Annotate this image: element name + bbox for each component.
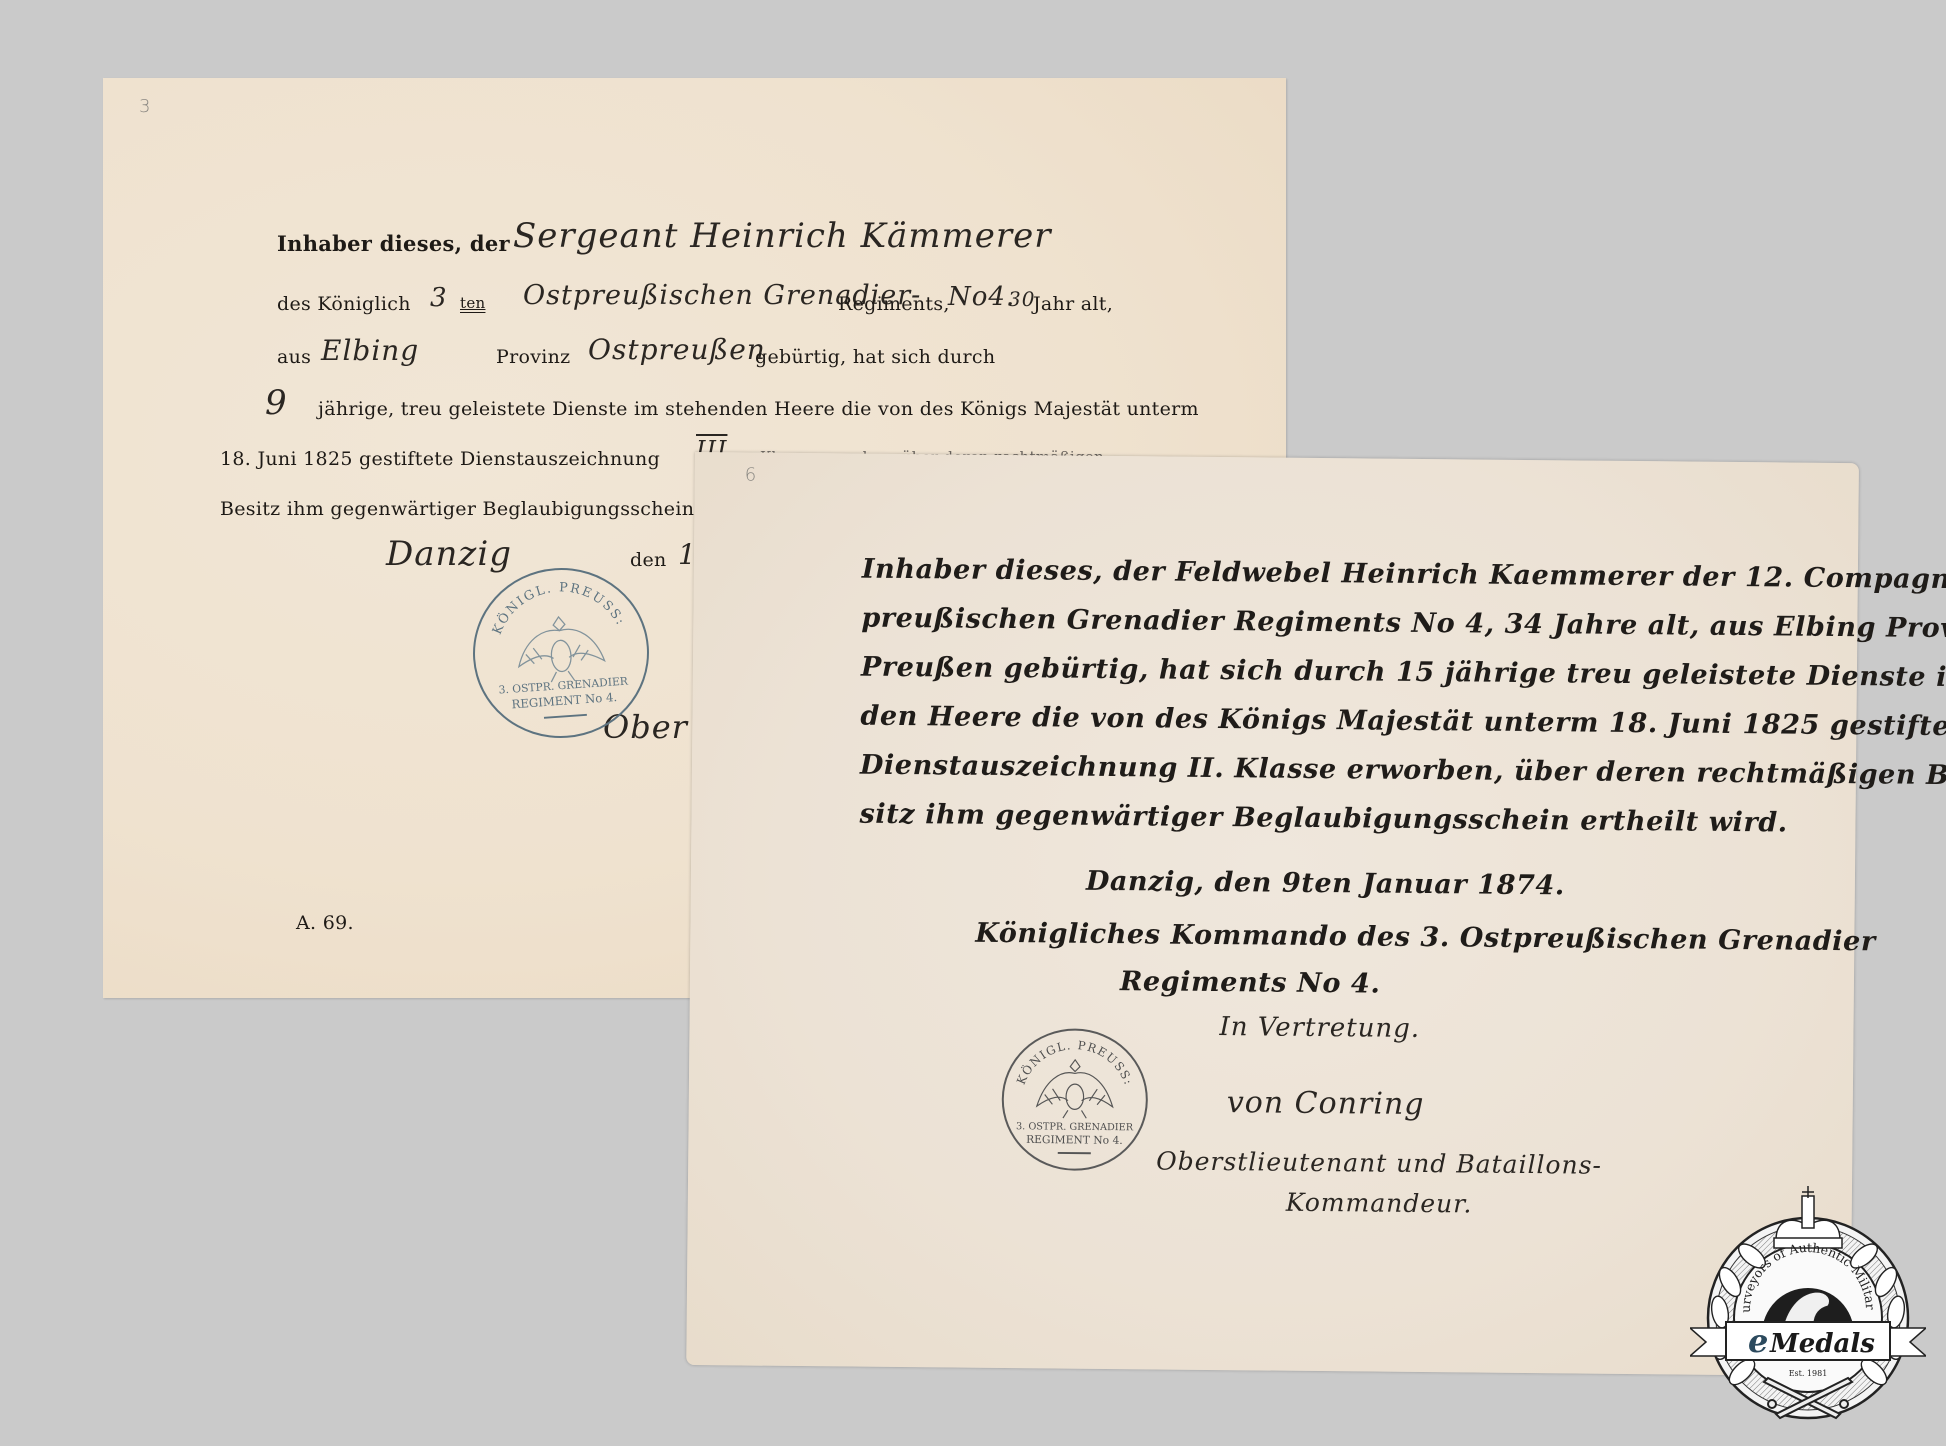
stamp-top-text: KÖNIGL. PREUSS: xyxy=(1014,1037,1137,1087)
handwritten-place: Danzig xyxy=(386,534,512,574)
printed-text-line2b: Regiments, xyxy=(838,293,950,315)
handwritten-name: Sergeant Heinrich Kämmerer xyxy=(513,216,1052,256)
handwritten-years: 9 xyxy=(265,383,288,423)
page-number: 3 xyxy=(139,96,150,117)
logo-brand-prefix: e xyxy=(1748,1322,1768,1360)
printed-text-line2a: des Königlich xyxy=(277,293,411,315)
handwritten-regiment-number: No4. xyxy=(948,282,1015,312)
printed-text-line6: Besitz ihm gegenwärtiger Beglaubigungssc… xyxy=(220,498,712,520)
printed-text-line5: 18. Juni 1825 gestiftete Dienstauszeichn… xyxy=(220,448,660,470)
body-line: sitz ihm gegenwärtiger Beglaubigungssche… xyxy=(859,799,1788,839)
body-line: Preußen gebürtig, hat sich durch 15 jähr… xyxy=(861,652,1946,695)
body-line: Dienstauszeichnung II. Klasse erworben, … xyxy=(860,750,1946,792)
printed-text-line4: jährige, treu geleistete Dienste im steh… xyxy=(318,398,1199,420)
crown-icon xyxy=(1774,1186,1842,1248)
page-number: 6 xyxy=(745,464,757,485)
handwritten-province: Ostpreußen xyxy=(588,333,766,366)
stamp-middle-text: 3. OSTPR. GRENADIER xyxy=(1016,1121,1134,1133)
printed-text-line1: Inhaber dieses, der xyxy=(277,231,510,256)
printed-text-line3b: Provinz xyxy=(496,346,570,368)
body-line: den Heere die von des Königs Majestät un… xyxy=(860,701,1946,743)
form-number: A. 69. xyxy=(296,912,354,934)
handwritten-number: 3 xyxy=(430,283,448,313)
ordinal-suffix: ten xyxy=(460,294,485,312)
stamp-bottom-text: REGIMENT No 4. xyxy=(1026,1133,1123,1147)
logo-established: Est. 1981 xyxy=(1789,1369,1828,1378)
handwritten-town: Elbing xyxy=(321,334,419,367)
emedals-logo: Purveyors of Authentic Militaria e Medal… xyxy=(1690,1182,1926,1420)
signature-name: von Conring xyxy=(1227,1085,1425,1122)
certificate-sheet-2: 6 Inhaber dieses, der Feldwebel Heinrich… xyxy=(686,452,1859,1376)
printed-text-line3c: gebürtig, hat sich durch xyxy=(755,346,995,368)
signature-rank: Oberstlieutenant und Bataillons- xyxy=(1156,1146,1602,1179)
body-line: Inhaber dieses, der Feldwebel Heinrich K… xyxy=(862,554,1946,597)
eagle-seal-icon: KÖNIGL. PREUSS: 3. OSTPR. GRENADIER REGI… xyxy=(469,564,652,742)
signature-title: Kommandeur. xyxy=(1286,1188,1473,1219)
handwritten-age: 30 xyxy=(1008,287,1035,311)
svg-text:KÖNIGL. PREUSS:: KÖNIGL. PREUSS: xyxy=(1014,1037,1137,1087)
printed-text-line3a: aus xyxy=(277,346,311,368)
logo-brand-name: Medals xyxy=(1769,1329,1875,1359)
date-line: Danzig, den 9ten Januar 1874. xyxy=(1086,866,1565,902)
body-line: preußischen Grenadier Regiments No 4, 34… xyxy=(861,603,1946,645)
regimental-stamp: KÖNIGL. PREUSS: 3. OSTPR. GRENADIER REGI… xyxy=(1001,1028,1148,1171)
svg-text:KÖNIGL. PREUSS:: KÖNIGL. PREUSS: xyxy=(486,575,630,638)
regimental-stamp: KÖNIGL. PREUSS: 3. OSTPR. GRENADIER REGI… xyxy=(467,562,654,744)
signature-in-vertretung: In Vertretung. xyxy=(1219,1012,1420,1044)
eagle-seal-icon: KÖNIGL. PREUSS: 3. OSTPR. GRENADIER REGI… xyxy=(1003,1030,1146,1169)
printed-text-line2c: Jahr alt, xyxy=(1033,293,1113,315)
authority-line-1: Königliches Kommando des 3. Ostpreußisch… xyxy=(975,918,1876,958)
authority-line-2: Regiments No 4. xyxy=(1120,966,1381,999)
stamp-top-text: KÖNIGL. PREUSS: xyxy=(486,575,630,638)
